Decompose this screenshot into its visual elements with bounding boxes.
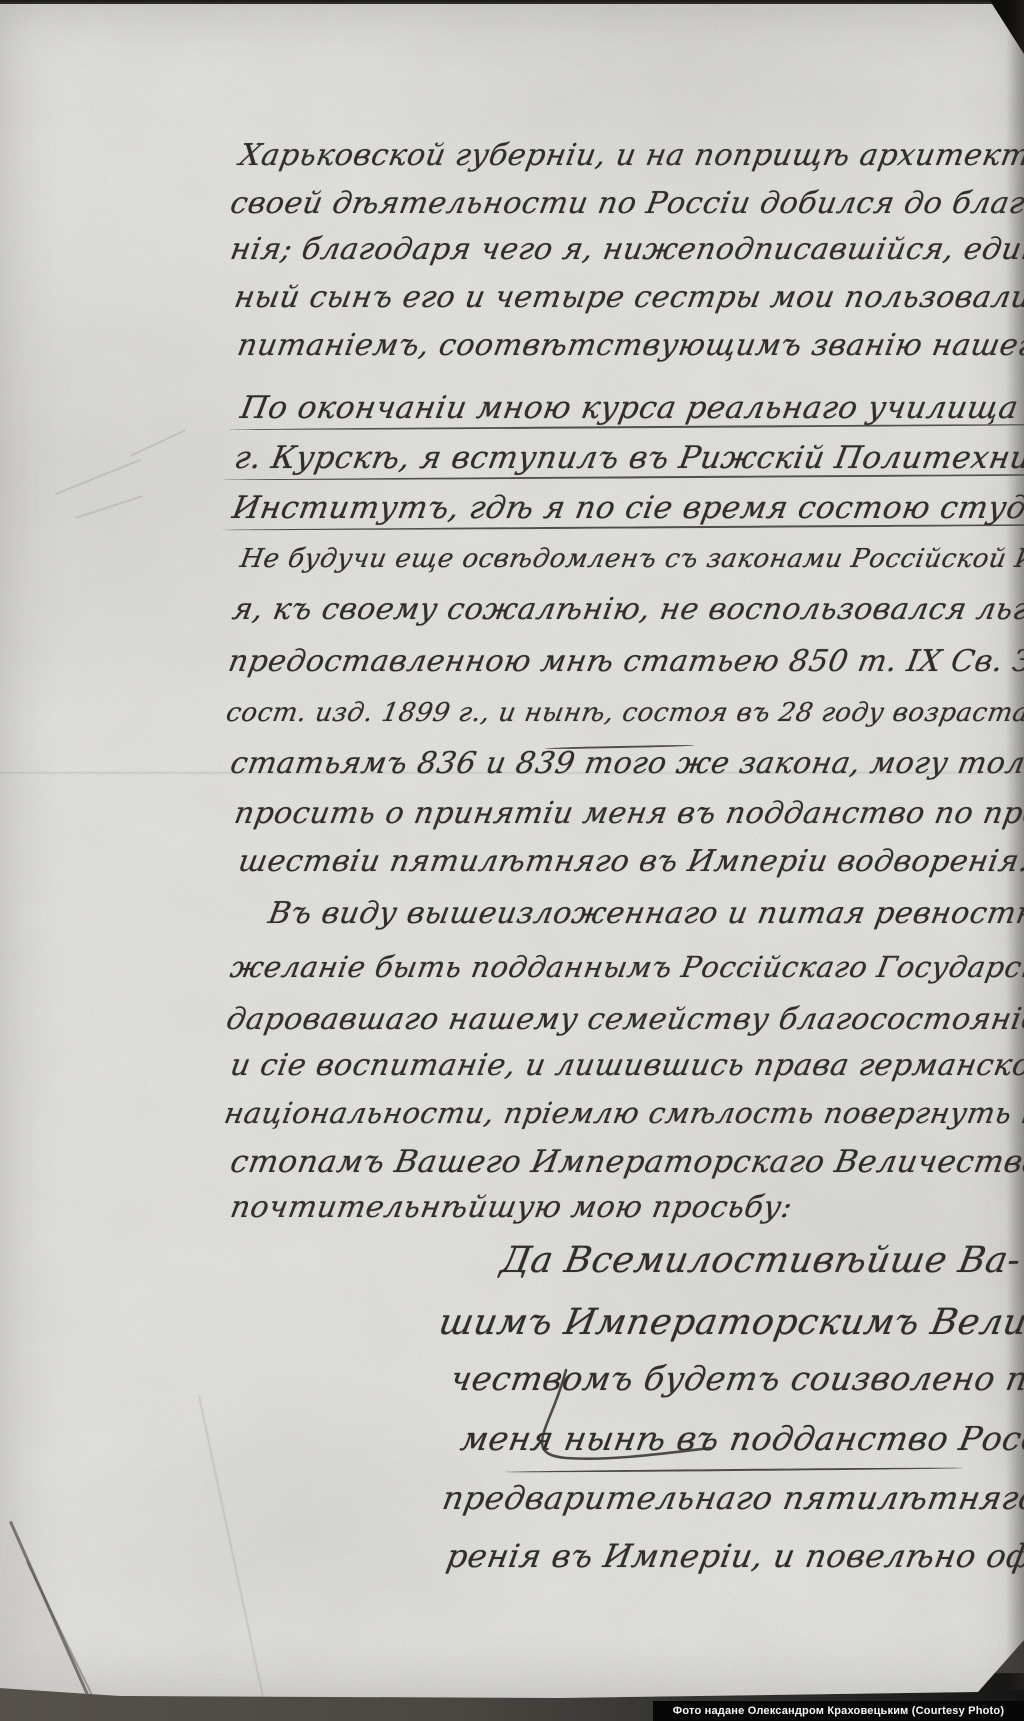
handwritten-line: Харьковской губерніи, и на поприщѣ архит… (237, 140, 1024, 172)
handwritten-line-petition: Да Всемилостивѣйше Ва- (498, 1242, 1024, 1280)
handwritten-line-petition: предварительнаго пятилѣтняго водво- (440, 1482, 1024, 1516)
margin-scribble (130, 429, 185, 456)
handwritten-line-underlined: По окончаніи мною курса реальнаго училищ… (238, 392, 1024, 425)
handwritten-line: шествіи пятилѣтняго въ Имперіи водворені… (236, 846, 1024, 878)
photo-credit-text: Фото надане Олександром Краховецьким (Co… (673, 1705, 1004, 1717)
document-page: Харьковской губерніи, и на поприщѣ архит… (0, 4, 1024, 1698)
handwritten-line: стопамъ Вашего Императорскаго Величества (228, 1146, 1024, 1179)
handwritten-line: просить о принятіи меня въ подданство по… (232, 798, 1024, 830)
handwritten-line: сост. изд. 1899 г., и нынѣ, состоя въ 28… (224, 700, 1024, 727)
handwritten-line-petition: шимъ Императорскимъ Вели- (436, 1304, 1024, 1342)
handwritten-line: Въ виду вышеизложеннаго и питая ревностн… (266, 898, 1024, 930)
handwritten-line: Не будучи еще освѣдомленъ съ законами Ро… (238, 546, 1024, 573)
handwritten-line: и сіе воспитаніе, и лишившись права герм… (228, 1050, 1024, 1082)
margin-scribble (55, 459, 141, 495)
photo-credit-bar: Фото надане Олександром Краховецьким (Co… (653, 1701, 1024, 1721)
folded-corner (0, 1516, 120, 1704)
handwritten-line: своей дѣятельности по Россіи добился до … (228, 188, 1024, 220)
margin-scribble (75, 495, 142, 519)
underline-mark (505, 1467, 963, 1473)
handwritten-line: нія; благодаря чего я, нижеподписавшійся… (228, 234, 1024, 266)
handwritten-line-underlined: г. Курскѣ, я вступилъ въ Рижскій Политех… (232, 442, 1024, 475)
handwritten-line: національности, пріемлю смѣлость повергн… (222, 1098, 1024, 1128)
photo-right-edge-shadow (1006, 0, 1024, 1690)
handwritten-line-petition: чествомъ будетъ соизволено принять (448, 1362, 1024, 1397)
handwritten-line: статьямъ 836 и 839 того же закона, могу … (228, 748, 1024, 780)
handwritten-line: почтительнѣйшую мою просьбу: (228, 1192, 795, 1224)
handwritten-line: питаніемъ, соотвѣтствующимъ званію нашег… (235, 330, 1024, 362)
scanned-photo: Харьковской губерніи, и на поприщѣ архит… (0, 0, 1024, 1721)
handwritten-line: даровавшаго нашему семейству благосостоя… (224, 1004, 1024, 1036)
handwritten-line-petition: ренія въ Имперіи, и повелѣно оформить (444, 1540, 1024, 1574)
handwritten-line-petition-underlined: меня нынѣ въ подданство Россіи, безъ (458, 1422, 1024, 1457)
diagonal-crease (198, 1396, 265, 1702)
handwritten-line: я, къ своему сожалѣнію, не воспользовалс… (230, 594, 1024, 626)
handwritten-line: ный сынъ его и четыре сестры мои пользов… (232, 282, 1024, 314)
handwritten-line: предоставленною мнѣ статьею 850 т. IX Св… (226, 646, 1024, 678)
handwritten-line: желаніе быть подданнымъ Россійскаго Госу… (228, 952, 1024, 982)
handwritten-line-underlined: Институтъ, гдѣ я по сіе время состою сту… (230, 492, 1024, 525)
